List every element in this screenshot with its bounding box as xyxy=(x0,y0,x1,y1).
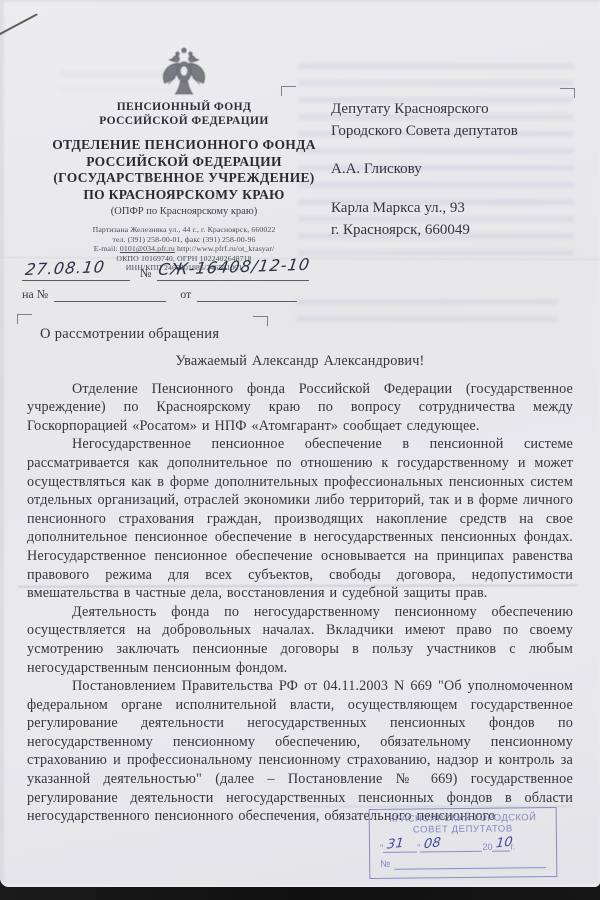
division-name-line: РОССИЙСКОЙ ФЕДЕРАЦИИ xyxy=(18,154,350,171)
body-paragraph: Отделение Пенсионного фонда Российской Ф… xyxy=(27,380,573,436)
email-label: E-mail: xyxy=(94,244,118,253)
corner-mark xyxy=(17,314,32,324)
stamp-day-blank: 31 xyxy=(383,839,417,852)
registration-stamp: КРАСНОЯРСКИЙ ГОРОДСКОЙ СОВЕТ ДЕПУТАТОВ "… xyxy=(369,807,558,879)
stamp-number-label: № xyxy=(380,859,390,870)
pen-scratch-mark xyxy=(0,13,38,36)
coat-of-arms-icon xyxy=(158,46,210,96)
body-paragraph: Деятельность фонда по негосударственному… xyxy=(27,603,573,677)
body-paragraph: Негосударственное пенсионное обеспечение… xyxy=(27,435,573,602)
stamp-handwritten-year: 10 xyxy=(496,835,514,852)
org-name-line: ПЕНСИОННЫЙ ФОНД xyxy=(18,100,350,114)
body-paragraph: Постановлением Правительства РФ от 04.11… xyxy=(27,677,573,826)
contact-phone: тел. (391) 258-00-01, факс (391) 258-00-… xyxy=(18,235,350,245)
date-blank-line: 27.08.10 xyxy=(22,266,130,281)
division-name-line: (ГОСУДАРСТВЕННОЕ УЧРЕЖДЕНИЕ) xyxy=(18,170,350,187)
recipient-address-street: Карла Маркса ул., 93 xyxy=(331,197,581,219)
reference-block: 27.08.10 № СЖ-16408/12-10 на № от xyxy=(22,266,322,302)
corner-mark xyxy=(281,86,296,96)
recipient-block: Депутату Красноярского Городского Совета… xyxy=(331,98,581,241)
bleedthrough-ghost xyxy=(296,288,558,324)
from-label: от xyxy=(180,287,191,302)
scanner-background: ПЕНСИОННЫЙ ФОНД РОССИЙСКОЙ ФЕДЕРАЦИИ ОТД… xyxy=(0,0,600,900)
stamp-handwritten-month: 08 xyxy=(424,835,442,852)
corner-mark xyxy=(253,316,268,326)
stamp-number-row: № xyxy=(370,851,556,870)
stamp-handwritten-day: 31 xyxy=(386,836,404,853)
email-link: 0101@034.pfr.ru xyxy=(120,244,175,253)
handwritten-registration-number: СЖ-16408/12-10 xyxy=(157,255,311,279)
letter-page: ПЕНСИОННЫЙ ФОНД РОССИЙСКОЙ ФЕДЕРАЦИИ ОТД… xyxy=(0,0,600,887)
subject-line: О рассмотрении обращения xyxy=(40,326,219,343)
division-name-line: ОТДЕЛЕНИЕ ПЕНСИОННОГО ФОНДА xyxy=(18,137,350,154)
number-blank-line: СЖ-16408/12-10 xyxy=(157,266,309,281)
letter-body: Уважаемый Александр Александрович! Отдел… xyxy=(27,352,573,826)
contact-email-site: E-mail: 0101@034.pfr.ru http://www.pfrf.… xyxy=(18,244,350,254)
letterhead: ПЕНСИОННЫЙ ФОНД РОССИЙСКОЙ ФЕДЕРАЦИИ ОТД… xyxy=(18,46,350,273)
recipient-title-line: Депутату Красноярского xyxy=(331,98,581,120)
handwritten-date: 27.08.10 xyxy=(24,257,106,279)
corner-mark xyxy=(560,88,575,98)
recipient-address-city: г. Красноярск, 660049 xyxy=(331,219,581,241)
contact-address: Партизана Железняка ул., 44 г., г. Красн… xyxy=(18,225,350,235)
division-name-line: ПО КРАСНОЯРСКОМУ КРАЮ xyxy=(18,187,350,204)
recipient-name: А.А. Глискову xyxy=(331,158,581,180)
recipient-title-line: Городского Совета депутатов xyxy=(331,120,581,142)
website-link: http://www.pfrf.ru/ot_krasyar/ xyxy=(177,244,274,253)
salutation: Уважаемый Александр Александрович! xyxy=(27,352,573,371)
org-short-name: (ОПФР по Красноярскому краю) xyxy=(18,206,350,217)
stamp-date-row: " 31 " 08 20 10 г. xyxy=(370,834,556,853)
org-name-line: РОССИЙСКОЙ ФЕДЕРАЦИИ xyxy=(18,114,350,128)
from-blank-line xyxy=(197,287,297,302)
on-number-label: на № xyxy=(22,287,48,302)
stamp-month-blank: 08 xyxy=(420,839,482,853)
stamp-year-prefix: 20 xyxy=(482,842,492,852)
number-sign-label: № xyxy=(140,266,151,281)
stamp-number-blank xyxy=(394,856,546,870)
stamp-year-blank: 10 xyxy=(492,839,510,852)
on-number-blank-line xyxy=(54,287,166,302)
